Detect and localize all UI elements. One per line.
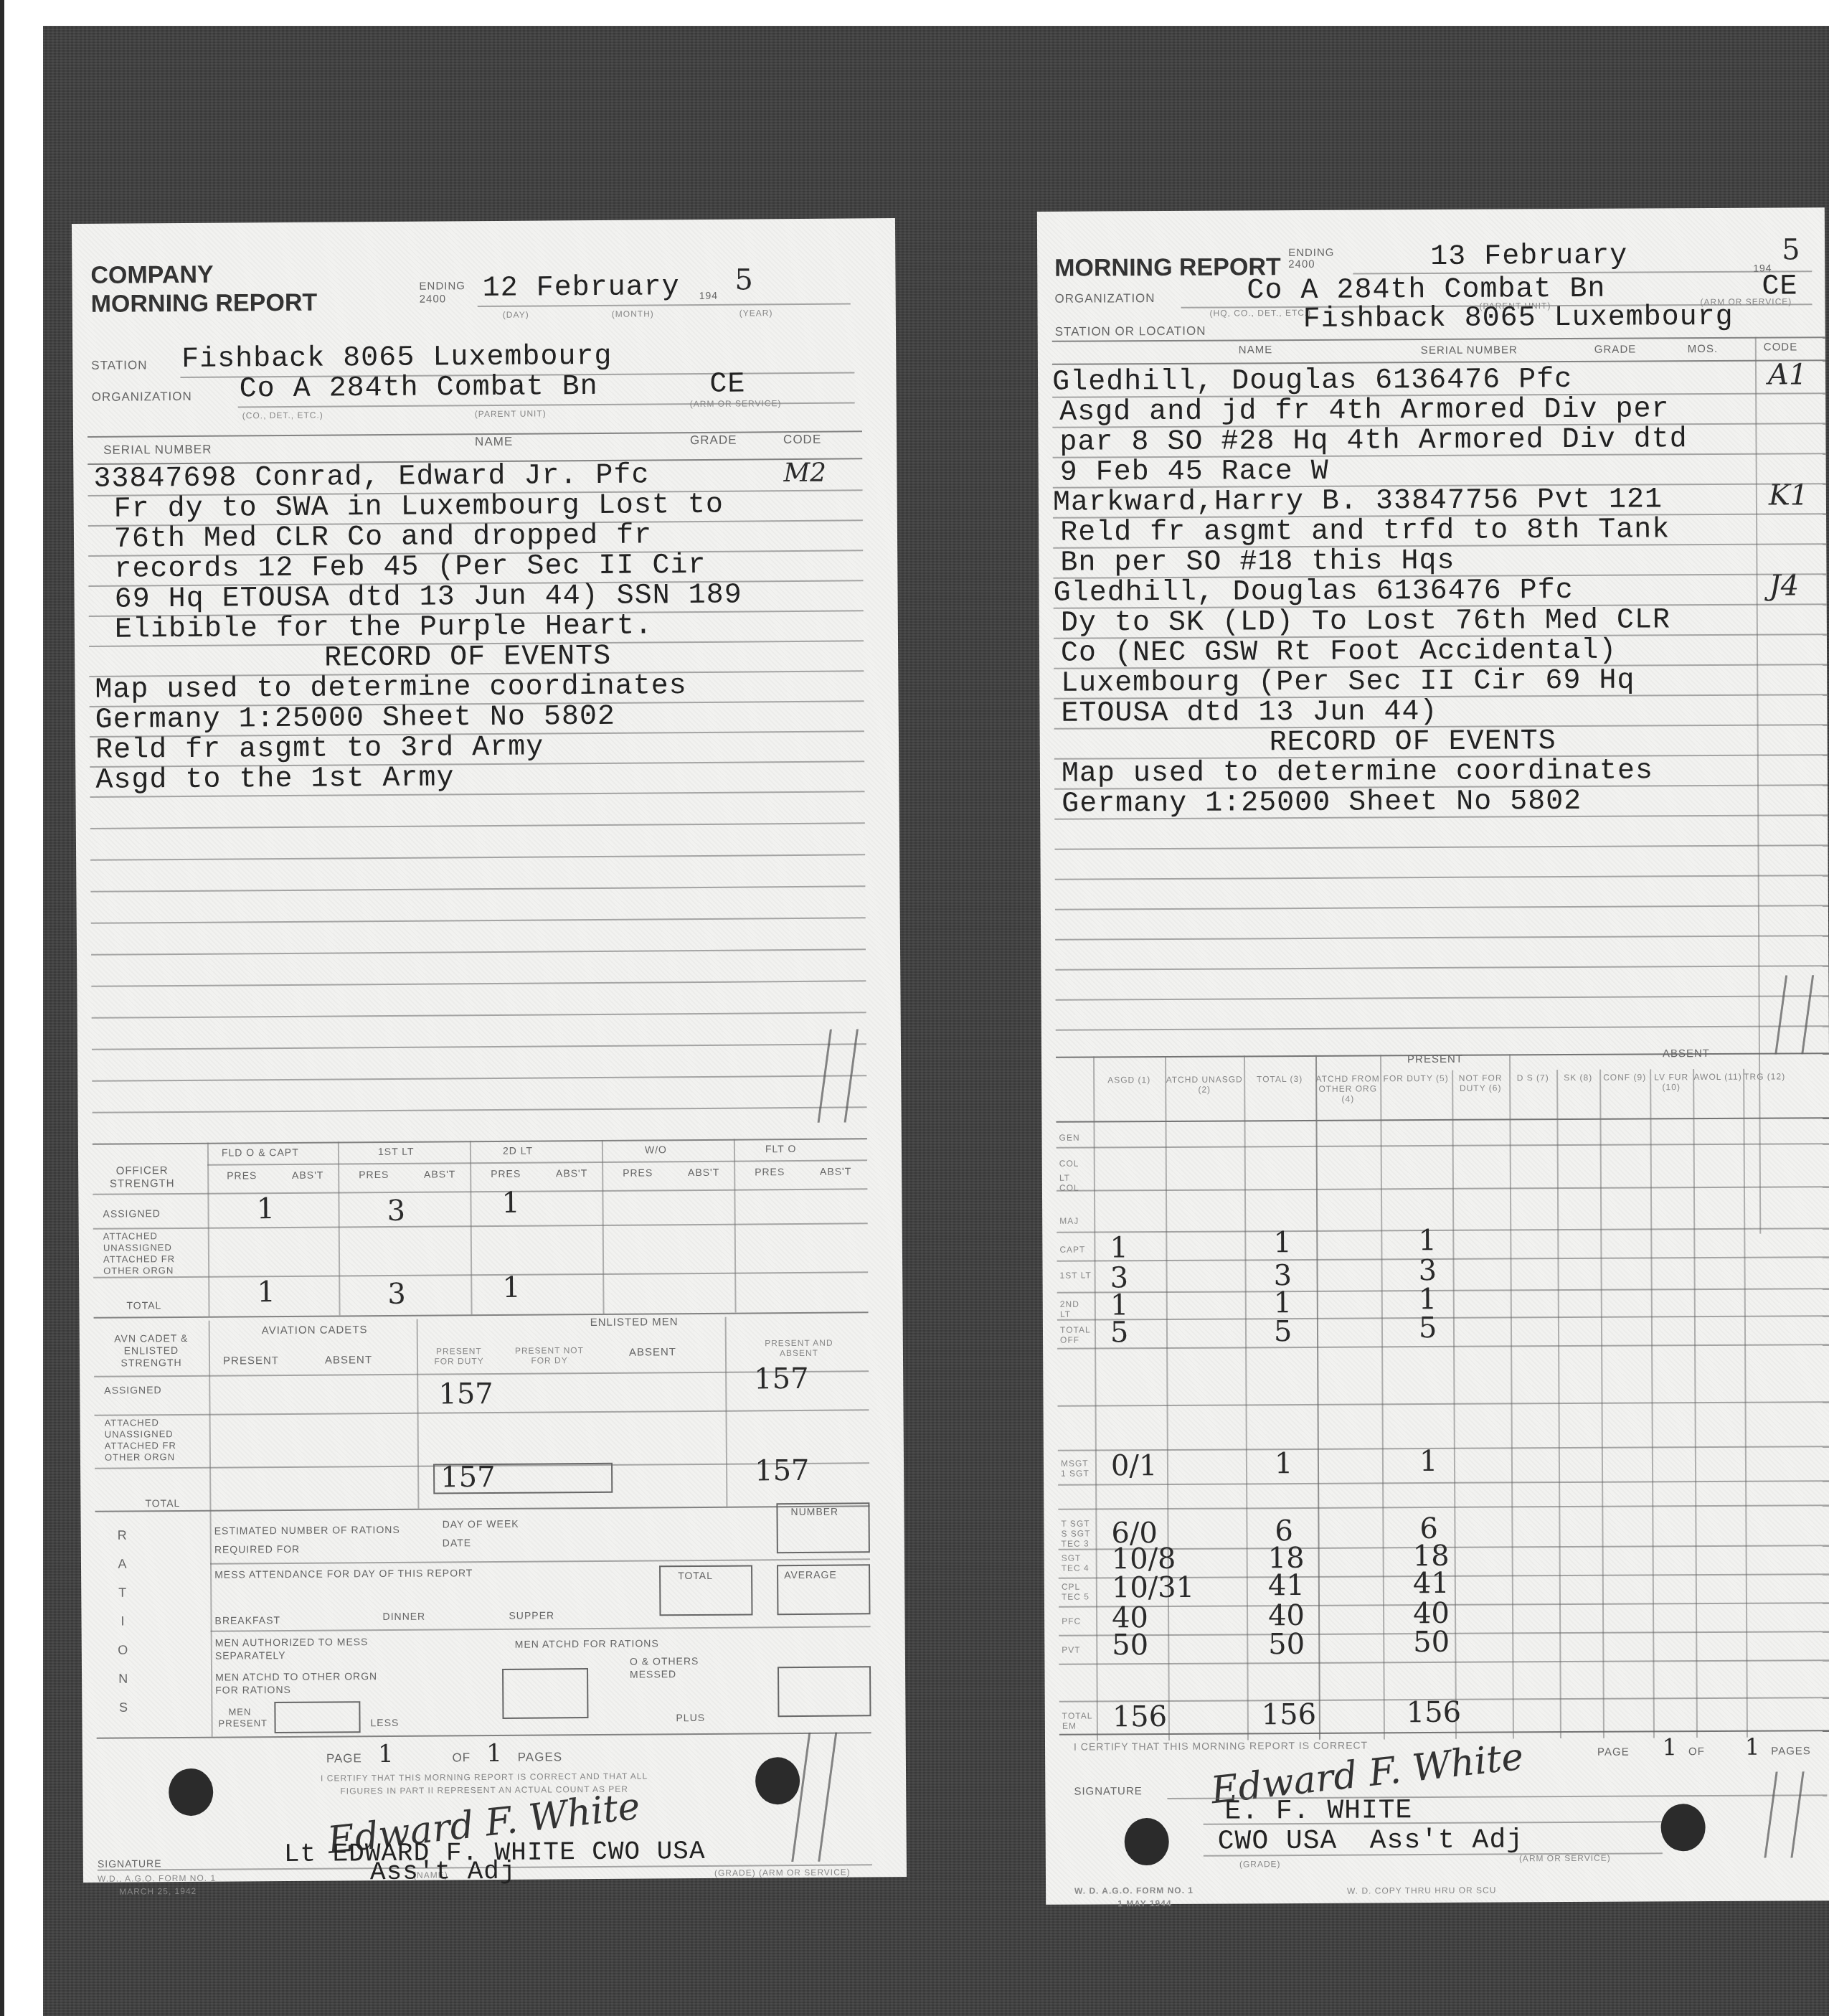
ruled-line	[1055, 905, 1828, 910]
subheader: ABS'T	[671, 1167, 737, 1179]
rations-col	[209, 1510, 212, 1737]
plus-label: PLUS	[676, 1712, 705, 1723]
ruled-line	[1055, 935, 1828, 941]
strength-row-rule	[1057, 1143, 1829, 1149]
of-label: OF	[452, 1751, 471, 1765]
cpl-total: 41	[1268, 1569, 1305, 1602]
present-group-label: PRESENT	[1407, 1053, 1463, 1065]
copy-note: W. D. COPY THRU HRU OR SCU	[1347, 1885, 1496, 1896]
organization-label: ORGANIZATION	[92, 390, 192, 405]
form-title-line2: MORNING REPORT	[91, 288, 318, 319]
men-atchd-rations-label: MEN ATCHD FOR RATIONS	[515, 1637, 659, 1649]
ruled-line	[91, 948, 866, 956]
off-assigned-1lt-pres: 3	[387, 1195, 405, 1228]
off-assigned-2lt-pres: 1	[501, 1187, 520, 1220]
grade-arm-label: (GRADE) (ARM OR SERVICE)	[714, 1867, 851, 1878]
day-of-week-label: DAY OF WEEK	[443, 1518, 519, 1530]
signer-grade: CWO USA	[1218, 1826, 1338, 1857]
organization-label: ORGANIZATION	[1054, 291, 1155, 306]
rank-pvt: PVT	[1062, 1644, 1095, 1654]
rank-header: FLT O	[765, 1143, 797, 1154]
entry-line: par 8 SO #28 Hq 4th Armored Div dtd	[1052, 425, 1687, 458]
men-auth-label: MEN AUTHORIZED TO MESS SEPARATELY	[215, 1635, 402, 1662]
binder-hole-left	[1125, 1818, 1169, 1865]
msgt-total: 1	[1275, 1447, 1293, 1480]
officer-strength-title: OFFICER STRENGTH	[103, 1164, 181, 1191]
record-of-events-title: RECORD OF EVENTS	[1054, 726, 1689, 760]
officer-col	[734, 1139, 737, 1313]
em-assigned-present-duty: 157	[438, 1377, 493, 1411]
ruled-line	[1054, 844, 1828, 850]
entry-line: Reld fr asgmt and trfd to 8th Tank	[1053, 515, 1688, 549]
station-label: STATION OR LOCATION	[1055, 324, 1206, 339]
off-total-1lt-pres: 3	[387, 1278, 406, 1311]
strength-row-rule	[1058, 1480, 1829, 1486]
rank-cpl: CPL TEC 5	[1062, 1581, 1095, 1601]
rank-tsgt: T SGT S SGT TEC 3	[1061, 1518, 1094, 1548]
entry-line: Gledhill, Douglas 6136476 Pfc	[1054, 575, 1688, 609]
form-date: 1 MAY 1944	[1117, 1898, 1171, 1908]
page-count: PAGE 1 OF 1 PAGES	[1597, 1733, 1811, 1761]
col-code: CODE	[1764, 341, 1797, 353]
entry-code-a1: A1	[1768, 358, 1807, 391]
binder-hole-right	[1660, 1804, 1705, 1851]
header-asgd: ASGD (1)	[1093, 1075, 1165, 1106]
ending-text: ENDING	[420, 280, 465, 293]
em-row-label-attached: ATTACHED UNASSIGNED ATTACHED FR OTHER OR…	[105, 1417, 205, 1464]
col-name: NAME	[1239, 344, 1272, 356]
rank-header: W/O	[645, 1144, 667, 1155]
form-id: W.D., A.G.O. FORM NO. 1	[98, 1873, 216, 1884]
binder-hole-left	[169, 1768, 213, 1816]
org-sub-label: (CO., DET., ETC.)	[242, 410, 323, 421]
subheader: PRES	[737, 1166, 803, 1178]
subheader: ABS'T	[803, 1165, 869, 1177]
total-label: TOTAL	[678, 1570, 713, 1581]
year-digit: 5	[734, 263, 753, 296]
organization-value: Co A 284th Combat Bn	[239, 371, 597, 405]
check-mark	[1764, 1771, 1804, 1857]
atchd-box	[502, 1668, 588, 1719]
men-present-label: MEN PRESENT	[218, 1706, 261, 1729]
entries-block: 33847698 Conrad, Edward Jr. Pfc Fr dy to…	[93, 461, 743, 796]
entry-line: Dy to SK (LD) To Lost 76th Med CLR	[1054, 606, 1688, 639]
ruled-line	[92, 1012, 866, 1019]
entry-line: Markward,Harry B. 33847756 Pvt 121	[1053, 485, 1688, 519]
header-lv-fur: LV FUR (10)	[1650, 1072, 1693, 1102]
strength-row-rule	[1059, 1659, 1829, 1665]
ending-label: ENDING 2400	[420, 280, 466, 306]
rank-col: COL	[1059, 1159, 1092, 1169]
header-atchd-other: ATCHD FROM OTHER ORG (4)	[1315, 1073, 1380, 1103]
strength-row-rule	[1058, 1446, 1829, 1451]
ruled-line	[91, 917, 866, 924]
signer-title: Ass't Adj	[370, 1857, 516, 1887]
entries-block: Gledhill, Douglas 6136476 Pfc Asgd and j…	[1052, 364, 1689, 820]
men-atchd-other-label: MEN ATCHD TO OTHER ORGN FOR RATIONS	[215, 1669, 402, 1697]
form-date: MARCH 25, 1942	[119, 1886, 197, 1897]
strength-col	[1244, 1055, 1249, 1740]
cpl-asgd: 10/31	[1112, 1571, 1195, 1605]
absent-group-label: ABSENT	[1663, 1047, 1710, 1060]
mess-attendance-label: MESS ATTENDANCE FOR DAY OF THIS REPORT	[214, 1567, 473, 1581]
em-assigned-pres-abs: 157	[754, 1362, 809, 1396]
strength-row-rule	[1057, 1228, 1829, 1233]
year-digit: 5	[1782, 233, 1800, 266]
rank-2nd-lt: 2ND LT	[1060, 1299, 1093, 1319]
off-assigned-fld-pres: 1	[256, 1192, 275, 1225]
aviation-cadets-label: AVIATION CADETS	[262, 1324, 368, 1337]
strength-row-rule	[1057, 1344, 1829, 1350]
strength-col	[1165, 1056, 1170, 1741]
capt-for-duty: 1	[1418, 1224, 1437, 1257]
strength-col	[1380, 1055, 1385, 1739]
officer-col	[470, 1141, 473, 1314]
signature-label: SIGNATURE	[1074, 1785, 1142, 1797]
rank-header: FLD O & CAPT	[222, 1146, 299, 1159]
date-label: DATE	[443, 1537, 471, 1548]
men-present-box	[274, 1701, 360, 1733]
header-awol: AWOL (11)	[1693, 1072, 1743, 1102]
em-row-label-assigned: ASSIGNED	[104, 1384, 161, 1396]
less-label: LESS	[370, 1717, 399, 1728]
rank-header: 1ST LT	[378, 1146, 415, 1157]
em-row-label-total: TOTAL	[145, 1497, 180, 1509]
rank-maj: MAJ	[1059, 1216, 1092, 1226]
ending-time: 2400	[420, 293, 465, 306]
average-label: AVERAGE	[784, 1569, 837, 1581]
station-value: Fishback 8065 Luxembourg	[1303, 301, 1734, 336]
subheader: PRES	[341, 1169, 407, 1181]
cpl-for-duty: 41	[1413, 1567, 1450, 1600]
entry-line: Luxembourg (Per Sec II Cir 69 Hq	[1054, 666, 1688, 700]
rank-total-em: TOTAL EM	[1062, 1710, 1095, 1730]
subheader: ABS'T	[539, 1167, 605, 1179]
entry-line: Gledhill, Douglas 6136476 Pfc	[1052, 364, 1687, 398]
day-label: (DAY)	[503, 310, 529, 320]
rank-1st-lt: 1ST LT	[1060, 1271, 1093, 1281]
officer-col	[207, 1143, 210, 1316]
subheader: PRES	[605, 1167, 671, 1179]
em-present-not-duty-label: PRESENT NOT FOR DY	[510, 1345, 589, 1366]
side-letter: O	[116, 1636, 131, 1664]
rank-sgt: SGT TEC 4	[1062, 1553, 1095, 1573]
signature-label: SIGNATURE	[98, 1857, 162, 1870]
breakfast-label: BREAKFAST	[214, 1614, 280, 1626]
arm-service-value: CE	[709, 368, 745, 400]
page-count: PAGE 1 OF 1 PAGES	[326, 1738, 562, 1768]
off-total-fld-pres: 1	[257, 1276, 275, 1309]
strength-row-rule	[1057, 1288, 1829, 1294]
ruled-line	[91, 980, 866, 987]
col-grade: GRADE	[690, 433, 737, 448]
ruled-line	[93, 1106, 867, 1113]
em-present-duty-label: PRESENT FOR DUTY	[427, 1346, 491, 1367]
event-line: Map used to determine coordinates	[1054, 756, 1689, 790]
grade-label: (GRADE)	[1239, 1859, 1281, 1869]
year-label: (YEAR)	[739, 308, 773, 318]
ruled-line	[1055, 965, 1828, 971]
officer-rule	[207, 1159, 867, 1165]
em-total-pres-abs: 157	[755, 1454, 810, 1488]
rank-pfc: PFC	[1062, 1616, 1095, 1626]
header-not-for-duty: NOT FOR DUTY (6)	[1452, 1073, 1509, 1103]
em-absent-label: ABSENT	[629, 1346, 676, 1358]
arm-service-label: (ARM OR SERVICE)	[690, 398, 782, 409]
row-label-total: TOTAL	[126, 1299, 161, 1311]
enlisted-men-label: ENLISTED MEN	[590, 1316, 679, 1329]
off-total-2lt-pres: 1	[502, 1271, 521, 1304]
header-atchd-unasgd: ATCHD UNASGD (2)	[1165, 1074, 1244, 1105]
side-letter: I	[115, 1607, 130, 1636]
report-date: 12 February	[482, 271, 679, 305]
avn-present-label: PRESENT	[223, 1355, 279, 1367]
page-total: 1	[1745, 1733, 1760, 1761]
left-morning-report: COMPANY MORNING REPORT ENDING 2400 12 Fe…	[72, 218, 907, 1883]
page-total: 1	[486, 1739, 502, 1768]
total-box-2	[778, 1666, 871, 1717]
entry-line: 9 Feb 45 Race W	[1053, 455, 1688, 489]
subheader: PRES	[473, 1168, 539, 1180]
side-letter: N	[116, 1664, 131, 1693]
rank-total-off: TOTAL OFF	[1060, 1325, 1093, 1345]
strength-col	[1093, 1056, 1098, 1741]
station-label: STATION	[91, 358, 147, 373]
ruled-line	[1056, 995, 1829, 1001]
pvt-total: 50	[1268, 1628, 1305, 1661]
header-conf: CONF (9)	[1599, 1072, 1650, 1102]
ending-time: 2400	[1288, 259, 1334, 270]
em-total-asgd: 156	[1112, 1700, 1168, 1733]
rank-capt: CAPT	[1059, 1245, 1092, 1255]
capt-total: 1	[1273, 1226, 1292, 1259]
est-rations-label: ESTIMATED NUMBER OF RATIONS REQUIRED FOR	[214, 1520, 401, 1559]
header-ds: D S (7)	[1509, 1073, 1556, 1103]
entry-line: Co (NEC GSW Rt Foot Accidental)	[1054, 636, 1688, 669]
rank-gen: GEN	[1059, 1133, 1092, 1143]
form-title-line1: COMPANY	[90, 260, 317, 290]
officer-subheaders: PRES ABS'T PRES ABS'T PRES ABS'T PRES AB…	[209, 1165, 869, 1181]
header-total: TOTAL (3)	[1244, 1074, 1315, 1105]
event-line: Germany 1:25000 Sheet No 5802	[1054, 786, 1689, 820]
supper-label: SUPPER	[509, 1609, 554, 1621]
strength-row-rule	[1057, 1186, 1829, 1192]
ruled-line	[90, 854, 865, 861]
rank-header: 2D LT	[503, 1145, 533, 1157]
msgt-asgd: 0/1	[1111, 1449, 1158, 1482]
rations-rule	[211, 1626, 871, 1631]
ruled-line	[90, 885, 865, 892]
enlisted-col	[725, 1317, 728, 1507]
header-trg: TRG (12)	[1743, 1071, 1786, 1101]
scan-edge	[0, 0, 4, 2016]
officers-messed-label: O & OTHERS MESSED	[630, 1654, 723, 1681]
strength-row-rule	[1057, 1256, 1829, 1262]
report-date: 13 February	[1430, 240, 1627, 273]
dinner-label: DINNER	[382, 1611, 425, 1622]
signer-title: Ass't Adj	[1370, 1824, 1523, 1856]
header-for-duty: FOR DUTY (5)	[1380, 1073, 1452, 1104]
officer-col	[338, 1141, 341, 1315]
officer-col	[602, 1140, 605, 1314]
strength-row-rule	[1058, 1504, 1829, 1510]
subheader: PRES	[209, 1169, 275, 1182]
off-total-total: 5	[1274, 1315, 1292, 1348]
em-total-for-duty: 156	[1407, 1696, 1462, 1729]
side-letter: T	[115, 1578, 130, 1607]
ruled-line	[1055, 875, 1828, 880]
ruled-line	[92, 1043, 866, 1050]
enlisted-col	[417, 1319, 420, 1509]
certify-text: I CERTIFY THAT THIS MORNING REPORT IS CO…	[1074, 1740, 1368, 1753]
col-serial-number: SERIAL NUMBER	[103, 443, 212, 458]
pages-label: PAGES	[518, 1750, 562, 1764]
col-code: CODE	[783, 433, 821, 447]
right-morning-report: MORNING REPORT ENDING 2400 13 February 1…	[1037, 207, 1829, 1905]
row-label-attached: ATTACHED UNASSIGNED ATTACHED FR OTHER OR…	[103, 1230, 204, 1277]
col-serial-number: SERIAL NUMBER	[1421, 344, 1518, 357]
em-total-total: 156	[1262, 1698, 1317, 1731]
form-title: COMPANY MORNING REPORT	[90, 260, 317, 319]
page-number: 1	[1663, 1733, 1678, 1761]
page-number: 1	[378, 1740, 394, 1768]
strength-row-rule	[1057, 1315, 1829, 1321]
strength-headers: ASGD (1) ATCHD UNASGD (2) TOTAL (3) ATCH…	[1093, 1071, 1829, 1105]
parent-unit-label: (PARENT UNIT)	[475, 408, 547, 419]
strength-row-rule	[1058, 1401, 1829, 1407]
side-letter: A	[115, 1550, 130, 1578]
col-mos: MOS.	[1688, 343, 1718, 355]
avn-absent-label: ABSENT	[325, 1354, 372, 1366]
subheader: ABS'T	[407, 1168, 473, 1180]
entry-line: ETOUSA dtd 13 Jun 44)	[1054, 696, 1688, 730]
rations-rule	[210, 1558, 870, 1564]
ending-text: ENDING	[1288, 248, 1334, 259]
side-letter: S	[116, 1693, 131, 1722]
check-mark	[791, 1733, 837, 1862]
off-total-for-duty: 5	[1419, 1311, 1437, 1344]
col-grade: GRADE	[1594, 344, 1636, 356]
pages-label: PAGES	[1771, 1745, 1811, 1757]
strength-col	[1315, 1055, 1320, 1740]
ruled-line	[92, 1075, 866, 1082]
page-label: PAGE	[1597, 1746, 1630, 1758]
ruled-line	[1056, 1025, 1829, 1031]
pvt-asgd: 50	[1112, 1629, 1148, 1662]
enlisted-strength-title: AVN CADET & ENLISTED STRENGTH	[101, 1332, 202, 1370]
strength-header-rule	[1056, 1117, 1829, 1123]
rations-side-letters: R A T I O N S	[115, 1521, 131, 1722]
org-sub-label: (HQ, CO., DET., ETC.)	[1210, 308, 1312, 319]
strength-col	[1509, 1054, 1514, 1738]
binder-hole-right	[755, 1757, 800, 1804]
ruled-line	[90, 822, 865, 829]
subheader: ABS'T	[275, 1169, 341, 1181]
em-total-present-duty: 157	[440, 1461, 496, 1494]
officer-table-bottom	[94, 1311, 869, 1319]
year-prefix: 194	[699, 290, 718, 301]
entry-line: Bn per SO #18 this Hqs	[1053, 545, 1688, 579]
number-label: NUMBER	[790, 1506, 838, 1517]
entry-code: M2	[783, 458, 826, 488]
form-id: W. D. A.G.O. FORM NO. 1	[1074, 1885, 1194, 1896]
side-letter: R	[115, 1521, 130, 1550]
entry-line: Asgd and jd fr 4th Armored Div per	[1052, 395, 1687, 428]
rank-msgt: MSGT 1 SGT	[1061, 1459, 1094, 1479]
page-label: PAGE	[326, 1751, 362, 1766]
arm-service-label: (ARM OR SERVICE)	[1519, 1853, 1611, 1864]
col-name: NAME	[475, 435, 513, 449]
em-pres-abs-label: PRESENT AND ABSENT	[760, 1338, 838, 1359]
check-mark	[1774, 975, 1814, 1054]
header-sk: SK (8)	[1556, 1073, 1599, 1103]
of-label: OF	[1688, 1746, 1705, 1758]
month-label: (MONTH)	[612, 308, 654, 319]
row-label-assigned: ASSIGNED	[103, 1207, 161, 1220]
off-total-asgd: 5	[1110, 1316, 1129, 1349]
msgt-for-duty: 1	[1419, 1445, 1438, 1478]
pvt-for-duty: 50	[1413, 1626, 1450, 1659]
ending-label: ENDING 2400	[1288, 248, 1335, 270]
